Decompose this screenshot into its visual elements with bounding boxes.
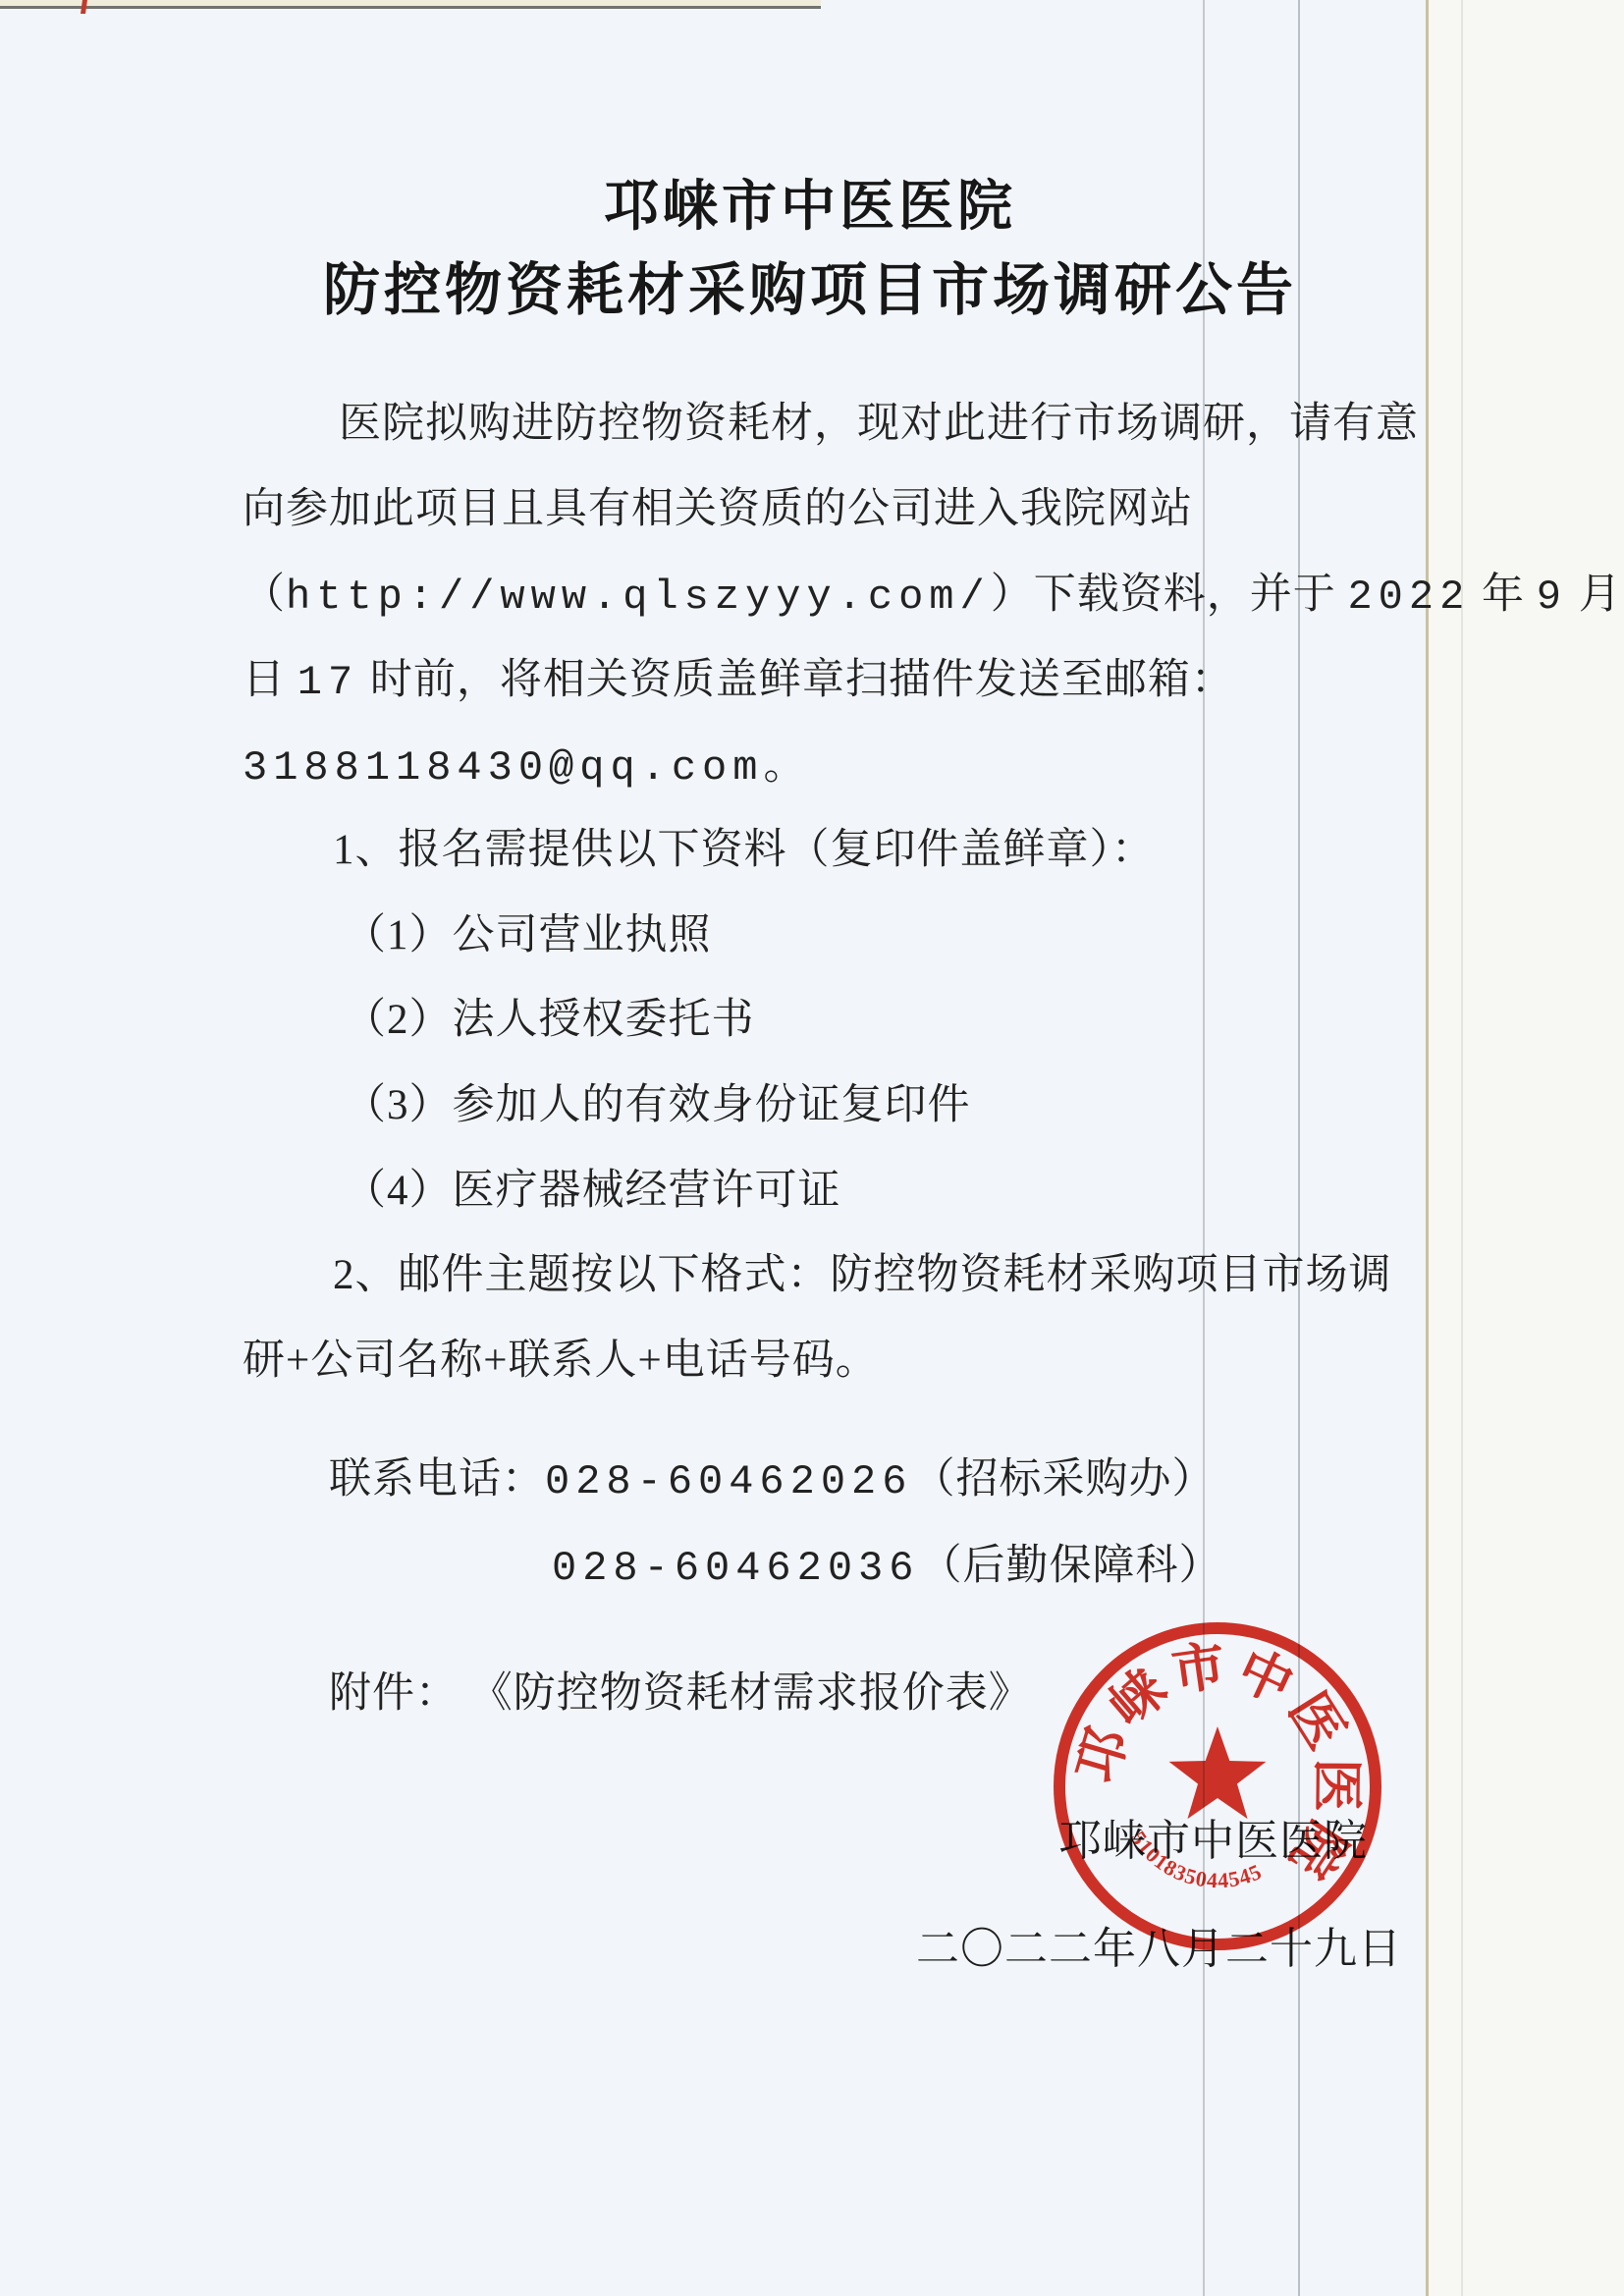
text-segment: 2、邮件主题按以下格式：防控物资耗材采购项目市场调 bbox=[333, 1252, 1392, 1298]
doc-line: （2）法人授权委托书 bbox=[344, 996, 755, 1044]
text-segment: ）下载资料，并于 bbox=[991, 572, 1348, 618]
text-segment: 医院拟购进防控物资耗材，现对此进行市场调研，请有意 bbox=[339, 401, 1419, 447]
latin-segment: 9 bbox=[1537, 574, 1567, 621]
text-segment: 联系电话： bbox=[329, 1456, 545, 1503]
scan-top-line bbox=[0, 6, 821, 9]
scan-right-strip bbox=[1429, 0, 1624, 2296]
text-segment: （2）法人授权委托书 bbox=[344, 997, 755, 1043]
scan-fold-line-3 bbox=[1426, 0, 1429, 2296]
doc-line: （3）参加人的有效身份证复印件 bbox=[344, 1081, 971, 1129]
doc-line: （1）公司营业执照 bbox=[344, 911, 712, 959]
doc-line: （http://www.qlszyyy.com/）下载资料，并于 2022 年 … bbox=[243, 571, 1624, 621]
doc-line: 向参加此项目且具有相关资质的公司进入我院网站 bbox=[243, 485, 1193, 533]
text-segment: 月 bbox=[1567, 572, 1624, 618]
doc-line: 2、邮件主题按以下格式：防控物资耗材采购项目市场调 bbox=[333, 1251, 1392, 1299]
text-segment: 日 bbox=[243, 657, 298, 703]
text-segment: 1、报名需提供以下资料（复印件盖鲜章）： bbox=[333, 827, 1155, 873]
scan-red-tick bbox=[81, 0, 87, 14]
text-segment: 。 bbox=[763, 742, 806, 789]
latin-segment: 3188118430@qq.com bbox=[243, 744, 763, 792]
text-segment: 时前，将相关资质盖鲜章扫描件发送至邮箱： bbox=[358, 657, 1234, 703]
text-segment: 附件： 《防控物资耗材需求报价表》 bbox=[329, 1670, 1032, 1717]
doc-line: 研+公司名称+联系人+电话号码。 bbox=[243, 1337, 879, 1385]
latin-segment: 17 bbox=[298, 659, 358, 706]
svg-text:5101835044545: 5101835044545 bbox=[1126, 1827, 1266, 1892]
text-segment: 向参加此项目且具有相关资质的公司进入我院网站 bbox=[243, 486, 1193, 532]
text-segment: （ bbox=[243, 572, 286, 618]
latin-segment: 028-60462026 bbox=[545, 1458, 912, 1505]
scanned-document-page: 邛崃市中医医院 防控物资耗材采购项目市场调研公告 医院拟购进防控物资耗材，现对此… bbox=[0, 0, 1624, 2296]
doc-line: 附件： 《防控物资耗材需求报价表》 bbox=[329, 1669, 1032, 1718]
text-segment: 研+公司名称+联系人+电话号码。 bbox=[243, 1338, 879, 1384]
doc-line: （4）医疗器械经营许可证 bbox=[344, 1167, 841, 1215]
official-seal: 邛崃市中医医院 5101835044545 bbox=[1047, 1615, 1390, 1959]
text-segment: （3）参加人的有效身份证复印件 bbox=[344, 1082, 971, 1128]
text-segment: （招标采购办） bbox=[912, 1456, 1215, 1503]
doc-title-line2: 防控物资耗材采购项目市场调研公告 bbox=[167, 244, 1453, 326]
doc-line: 028-60462036（后勤保障科） bbox=[552, 1542, 1221, 1592]
text-segment: （1）公司营业执照 bbox=[344, 912, 712, 958]
text-segment: （4）医疗器械经营许可证 bbox=[344, 1168, 841, 1214]
doc-line: 1、报名需提供以下资料（复印件盖鲜章）： bbox=[333, 826, 1155, 874]
doc-line: 3188118430@qq.com。 bbox=[243, 741, 806, 792]
scan-fold-line-4 bbox=[1461, 0, 1463, 2296]
doc-title-line1: 邛崃市中医医院 bbox=[167, 163, 1453, 242]
latin-segment: 2022 bbox=[1347, 574, 1470, 621]
seal-serial-number: 5101835044545 bbox=[1126, 1827, 1266, 1892]
text-segment: 年 bbox=[1470, 572, 1537, 618]
text-segment: （后勤保障科） bbox=[919, 1543, 1221, 1589]
doc-line: 联系电话：028-60462026（招标采购办） bbox=[329, 1455, 1215, 1505]
seal-star bbox=[1169, 1726, 1267, 1819]
latin-segment: http://www.qlszyyy.com/ bbox=[286, 574, 991, 621]
latin-segment: 028-60462036 bbox=[552, 1545, 919, 1592]
doc-line: 日 17 时前，将相关资质盖鲜章扫描件发送至邮箱： bbox=[243, 656, 1234, 706]
doc-line: 医院拟购进防控物资耗材，现对此进行市场调研，请有意 bbox=[339, 400, 1419, 448]
